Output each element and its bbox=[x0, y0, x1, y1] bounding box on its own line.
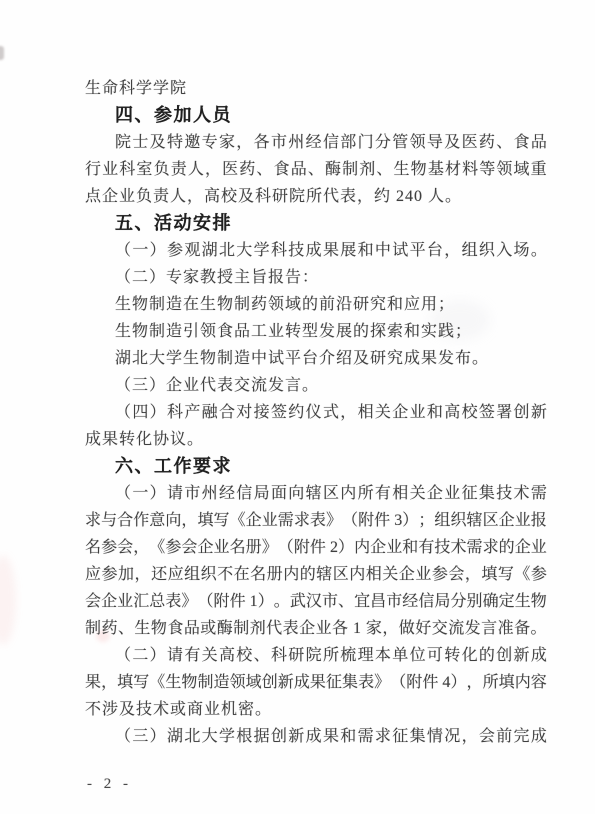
document-line: 会企业汇总表》（附件 1）。武汉市、宜昌市经信局分别确定生物 bbox=[85, 588, 547, 615]
document-line: 求与合作意向，填写《企业需求表》（附件 3）；组织辖区企业报 bbox=[85, 507, 547, 534]
document-line: （三）湖北大学根据创新成果和需求征集情况，会前完成 bbox=[85, 723, 547, 750]
document-line: （一）参观湖北大学科技成果展和中试平台，组织入场。 bbox=[85, 237, 547, 264]
document-line: 院士及特邀专家，各市州经信部门分管领导及医药、食品 bbox=[85, 129, 547, 156]
page-number: - 2 - bbox=[87, 776, 132, 793]
section-heading: 六、工作要求 bbox=[85, 453, 547, 480]
section-heading: 五、活动安排 bbox=[85, 210, 547, 237]
document-line: （一）请市州经信局面向辖区内所有相关企业征集技术需 bbox=[85, 480, 547, 507]
document-line: 果，填写《生物制造领域创新成果征集表》（附件 4），所填内容 bbox=[85, 669, 547, 696]
document-line: 生命科学学院 bbox=[85, 75, 547, 102]
document-line: （四）科产融合对接签约仪式，相关企业和高校签署创新 bbox=[85, 399, 547, 426]
document-line: 点企业负责人，高校及科研院所代表，约 240 人。 bbox=[85, 183, 547, 210]
document-line: 制药、生物食品或酶制剂代表企业各 1 家，做好交流发言准备。 bbox=[85, 615, 547, 642]
document-line: 不涉及技术或商业机密。 bbox=[85, 696, 547, 723]
document-line: 行业科室负责人，医药、食品、酶制剂、生物基材料等领域重 bbox=[85, 156, 547, 183]
document-body: 生命科学学院四、参加人员院士及特邀专家，各市州经信部门分管领导及医药、食品行业科… bbox=[85, 75, 547, 750]
document-line: 名参会，《参会企业名册》（附件 2）内企业和有技术需求的企业 bbox=[85, 534, 547, 561]
document-line: 湖北大学生物制造中试平台介绍及研究成果发布。 bbox=[85, 345, 547, 372]
scan-artifact bbox=[0, 555, 16, 645]
document-line: （三）企业代表交流发言。 bbox=[85, 372, 547, 399]
document-line: 生物制造在生物制药领域的前沿研究和应用； bbox=[85, 291, 547, 318]
section-heading: 四、参加人员 bbox=[85, 102, 547, 129]
scan-artifact bbox=[0, 46, 4, 60]
document-line: （二）请有关高校、科研院所梳理本单位可转化的创新成 bbox=[85, 642, 547, 669]
document-line: 成果转化协议。 bbox=[85, 426, 547, 453]
document-line: 应参加，还应组织不在名册内的辖区内相关企业参会，填写《参 bbox=[85, 561, 547, 588]
document-line: 生物制造引领食品工业转型发展的探索和实践； bbox=[85, 318, 547, 345]
scanned-document-page: 生命科学学院四、参加人员院士及特邀专家，各市州经信部门分管领导及医药、食品行业科… bbox=[0, 0, 595, 814]
document-line: （二）专家教授主旨报告： bbox=[85, 264, 547, 291]
